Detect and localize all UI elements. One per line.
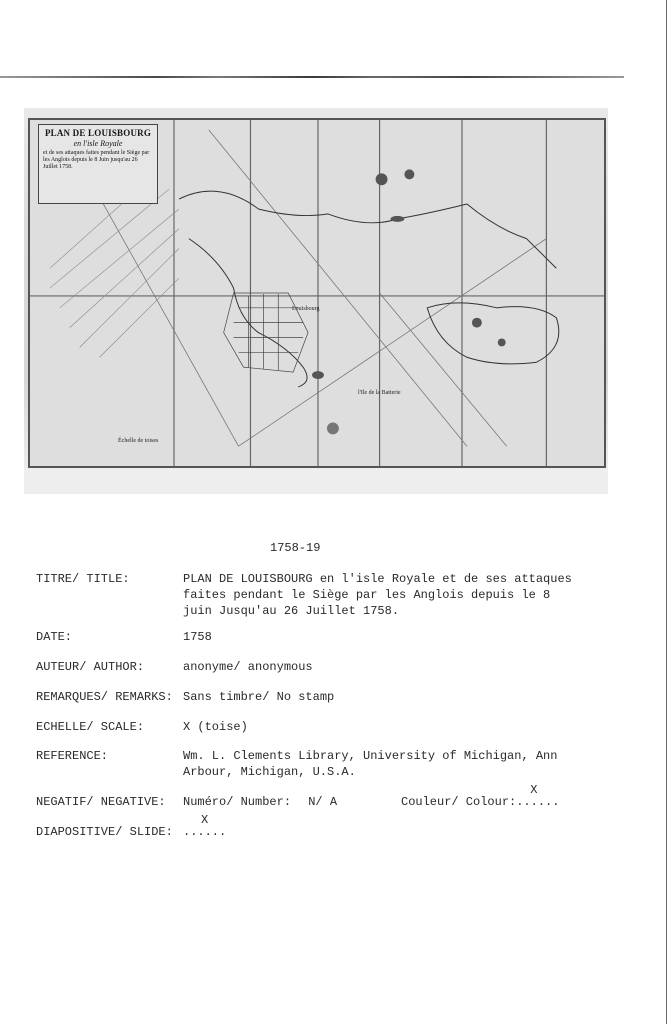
cartouche-title: PLAN DE LOUISBOURG [43, 128, 153, 138]
field-value: X...... [183, 824, 603, 840]
field-label: DATE: [36, 629, 72, 645]
field-value: Sans timbre/ No stamp [183, 689, 603, 705]
field-value: anonyme/ anonymous [183, 659, 603, 675]
colour-mark: X [530, 782, 537, 798]
field-label: DIAPOSITIVE/ SLIDE: [36, 824, 173, 840]
field-value: PLAN DE LOUISBOURG en l'isle Royale et d… [183, 571, 603, 619]
field-value: 1758 [183, 629, 603, 645]
catalogue-number: 1758-19 [270, 541, 320, 555]
field-value: X (toise) [183, 719, 603, 735]
slide-checkbox: X...... [183, 824, 226, 840]
field-label: TITRE/ TITLE: [36, 571, 130, 587]
map-image: PLAN DE LOUISBOURG en l'isle Royale et d… [28, 118, 606, 468]
map-label-town: Louisbourg [292, 306, 320, 312]
page-edge-line [666, 0, 667, 1024]
cartouche-subtitle: en l'isle Royale [43, 139, 153, 148]
map-label-battery: l'Ile de la Batterie [358, 390, 401, 396]
cartouche-text: et de ses attaques faites pendant le Siè… [43, 150, 153, 171]
map-label-scale: Échelle de toises [118, 438, 158, 444]
photo-bottom-margin [24, 468, 608, 494]
field-value: Wm. L. Clements Library, University of M… [183, 748, 603, 780]
map-cartouche: PLAN DE LOUISBOURG en l'isle Royale et d… [38, 124, 158, 204]
field-label: NEGATIF/ NEGATIVE: [36, 794, 166, 810]
field-label: REMARQUES/ REMARKS: [36, 689, 173, 705]
colour-dots: ...... [516, 795, 559, 809]
field-label: AUTEUR/ AUTHOR: [36, 659, 144, 675]
field-label: ECHELLE/ SCALE: [36, 719, 144, 735]
slide-mark: X [201, 812, 208, 828]
top-rule-divider [0, 76, 624, 78]
field-label: REFERENCE: [36, 748, 108, 764]
negative-number-value: N/ A [308, 795, 337, 809]
colour-checkbox: X...... [516, 794, 559, 810]
colour-label: Couleur/ Colour: [401, 795, 516, 809]
negative-number-label: Numéro/ Number: [183, 795, 291, 809]
colour-field: Couleur/ Colour:X...... [401, 794, 559, 810]
